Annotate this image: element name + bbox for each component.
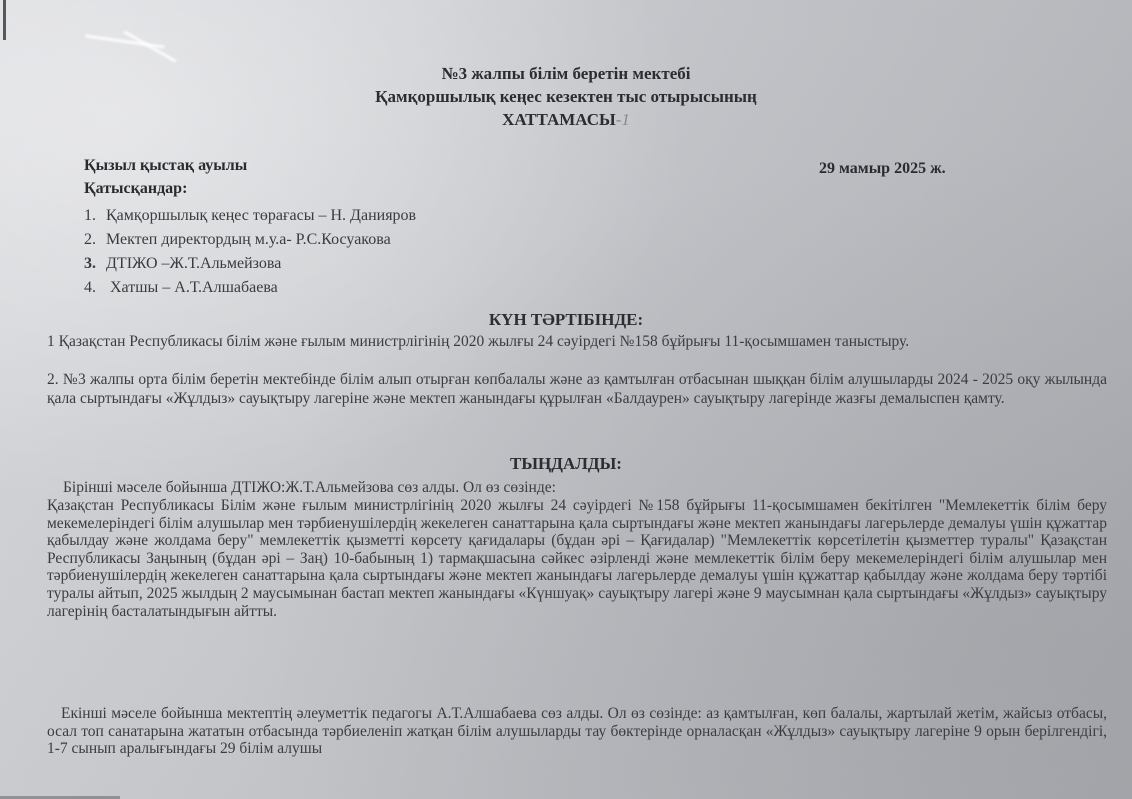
agenda-item: 2. №3 жалпы орта білім беретін мектебінд… bbox=[47, 370, 1107, 408]
protocol-number: -1 bbox=[616, 110, 630, 129]
protocol-title-text: ХАТТАМАСЫ bbox=[502, 110, 616, 129]
paper-edge bbox=[3, 0, 6, 40]
heard-paragraph: Екінші мәселе бойынша мектептің әлеуметт… bbox=[47, 705, 1107, 758]
meeting-date: 29 мамыр 2025 ж. bbox=[819, 160, 946, 178]
heard-paragraph: Бірінші мәселе бойынша ДТІЖО:Ж.Т.Альмейз… bbox=[63, 478, 1103, 497]
meeting-place: Қызыл қыстақ ауылы bbox=[84, 157, 247, 175]
meeting-title: Қамқоршылық кеңес кезектен тыс отырысыны… bbox=[0, 85, 1132, 108]
participants-list: 1.Қамқоршылық кеңес төрағасы – Н. Данияр… bbox=[84, 204, 416, 300]
participant-item: 4. Хатшы – А.Т.Алшабаева bbox=[84, 276, 416, 300]
participant-item: 2.Мектеп директордың м.у.а- Р.С.Косуаков… bbox=[84, 228, 416, 252]
heard-paragraph: Қазақстан Республикасы Білім және ғылым … bbox=[47, 497, 1107, 620]
participants-heading: Қатысқандар: bbox=[84, 180, 187, 198]
participant-item: 3.ДТІЖО –Ж.Т.Альмейзова bbox=[84, 252, 416, 276]
protocol-title: ХАТТАМАСЫ-1 bbox=[0, 108, 1132, 131]
participant-item: 1.Қамқоршылық кеңес төрағасы – Н. Данияр… bbox=[84, 204, 416, 228]
school-name: №3 жалпы білім беретін мектебі bbox=[0, 62, 1132, 85]
agenda-heading: КҮН ТӘРТІБІНДЕ: bbox=[0, 310, 1132, 330]
agenda-item: 1 Қазақстан Республикасы білім және ғылы… bbox=[47, 332, 1107, 351]
heard-heading: ТЫҢДАЛДЫ: bbox=[0, 454, 1132, 474]
